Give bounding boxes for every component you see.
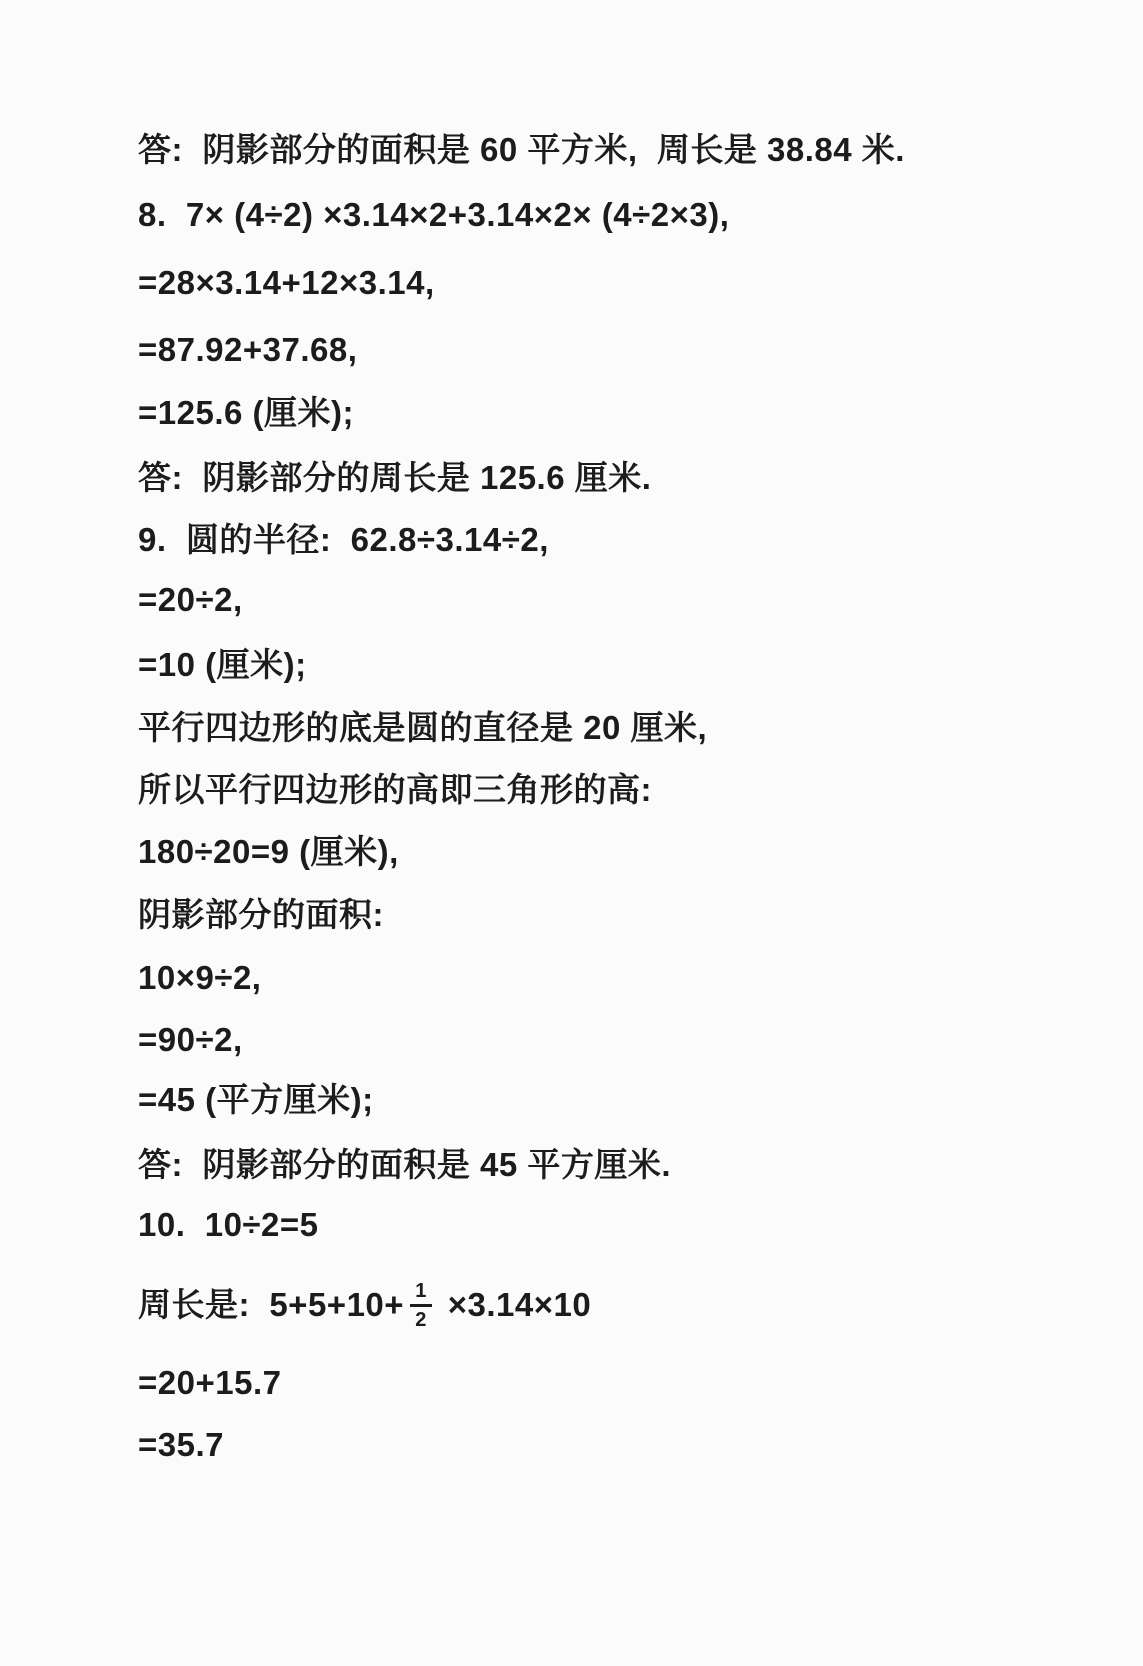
line-q10-perimeter-formula: 周长是: 5+5+10+ 1 2 ×3.14×10 <box>138 1255 591 1355</box>
formula-prefix: 周长是: 5+5+10+ <box>138 1283 404 1327</box>
line-q9-height-note: 所以平行四边形的高即三角形的高: <box>138 768 652 812</box>
line-q9-area-result: =45 (平方厘米); <box>138 1078 374 1122</box>
line-q8-step1: =28×3.14+12×3.14, <box>138 261 435 305</box>
line-answer-q8: 答: 阴影部分的周长是 125.6 厘米. <box>138 456 651 500</box>
line-q8-expression: 8. 7× (4÷2) ×3.14×2+3.14×2× (4÷2×3), <box>138 193 729 237</box>
line-q8-result: =125.6 (厘米); <box>138 391 354 435</box>
line-answer-q9: 答: 阴影部分的面积是 45 平方厘米. <box>138 1143 671 1187</box>
line-q9-area-expr: 10×9÷2, <box>138 956 261 1000</box>
line-q10-radius: 10. 10÷2=5 <box>138 1203 319 1247</box>
line-q9-base-note: 平行四边形的底是圆的直径是 20 厘米, <box>138 706 707 750</box>
line-q9-step1: =20÷2, <box>138 578 243 622</box>
line-q10-step: =20+15.7 <box>138 1361 281 1405</box>
fraction-bar <box>410 1304 432 1307</box>
line-q9-radius: 9. 圆的半径: 62.8÷3.14÷2, <box>138 518 549 562</box>
line-q9-result: =10 (厘米); <box>138 643 307 687</box>
formula-suffix: ×3.14×10 <box>438 1283 591 1327</box>
line-q9-height-calc: 180÷20=9 (厘米), <box>138 830 399 874</box>
fraction-denominator: 2 <box>415 1309 427 1331</box>
line-q9-area-label: 阴影部分的面积: <box>138 893 384 937</box>
line-q8-step2: =87.92+37.68, <box>138 328 357 372</box>
fraction-one-half: 1 2 <box>410 1280 432 1331</box>
line-q9-area-step: =90÷2, <box>138 1018 243 1062</box>
line-answer-q7: 答: 阴影部分的面积是 60 平方米, 周长是 38.84 米. <box>138 128 905 172</box>
document-page: 答: 阴影部分的面积是 60 平方米, 周长是 38.84 米. 8. 7× (… <box>0 0 1143 1666</box>
fraction-numerator: 1 <box>415 1280 427 1302</box>
line-q10-result: =35.7 <box>138 1423 224 1467</box>
